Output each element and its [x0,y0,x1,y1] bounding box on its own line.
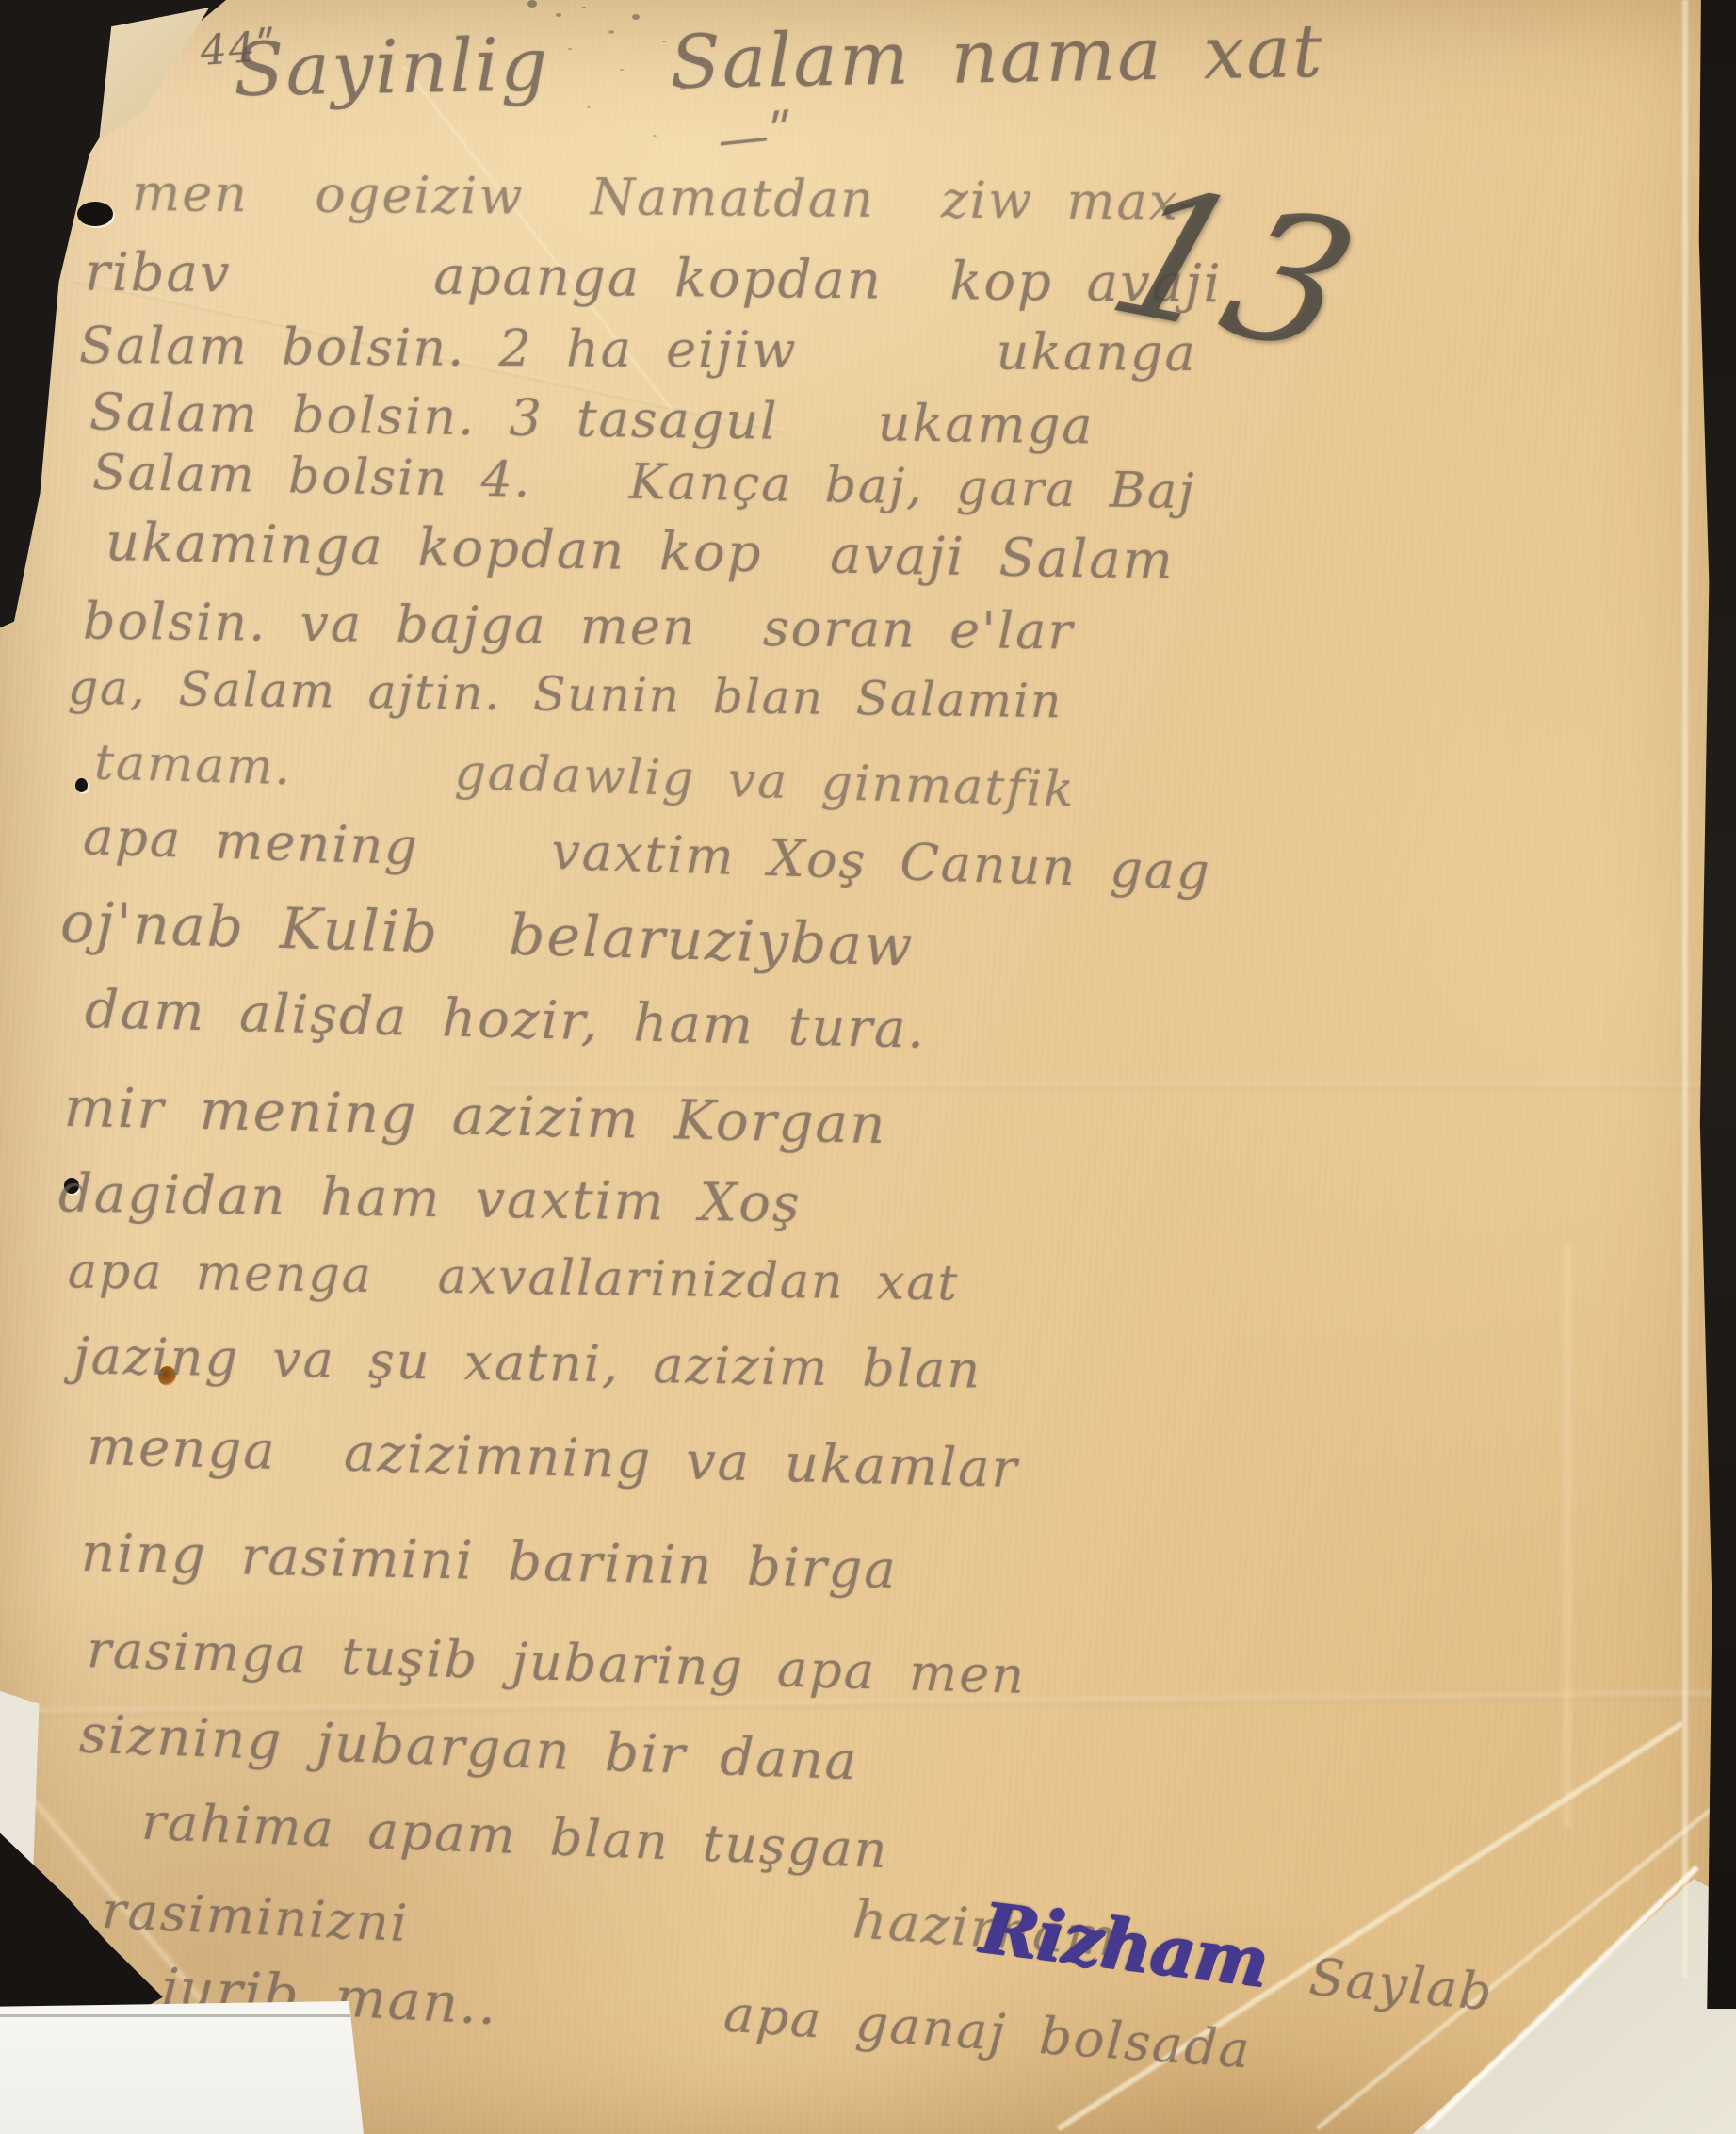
paper-hole [75,778,88,792]
handwriting-line: Salam bolsin. 3 tasagul ukamga [89,387,1095,452]
paper-hole [34,158,64,187]
handwriting-line: jazing va şu xatni, azizim blan [73,1330,982,1395]
handwriting-line: ga, Salam ajtin. Sunin blan Salamin [68,664,1063,725]
scan-backdrop: 1/5 44ʺ Sayinlig Salam nama xat —ʺ men o… [0,0,1736,2134]
handwriting-line: apa menga axvallarinizdan xat [68,1246,960,1308]
handwriting-line: mir mening azizim Korgan [63,1080,887,1151]
handwriting-line: ribav apanga kopdan kop avaji [85,247,1223,312]
handwriting-line: dagidan ham vaxtim Xoş [58,1167,802,1230]
dirt-smudge [527,0,537,8]
handwriting-line: men ogeiziw Namatdan ziw max- [132,168,1198,228]
handwriting-line: bolsin. va bajga men soran e'lar [83,595,1075,657]
handwriting-line: rasiminizni [101,1885,410,1949]
handwriting-line: Sayinlig Salam nama xat [233,15,1324,107]
handwriting-line: Saylab [1307,1952,1496,2019]
handwriting-line: jurib man.. [159,1961,500,2033]
paper-hole [77,202,113,226]
heading-underline: —ʺ [715,107,798,166]
handwriting-line: Salam bolsin. 2 ha eijiw ukanga [79,320,1197,379]
